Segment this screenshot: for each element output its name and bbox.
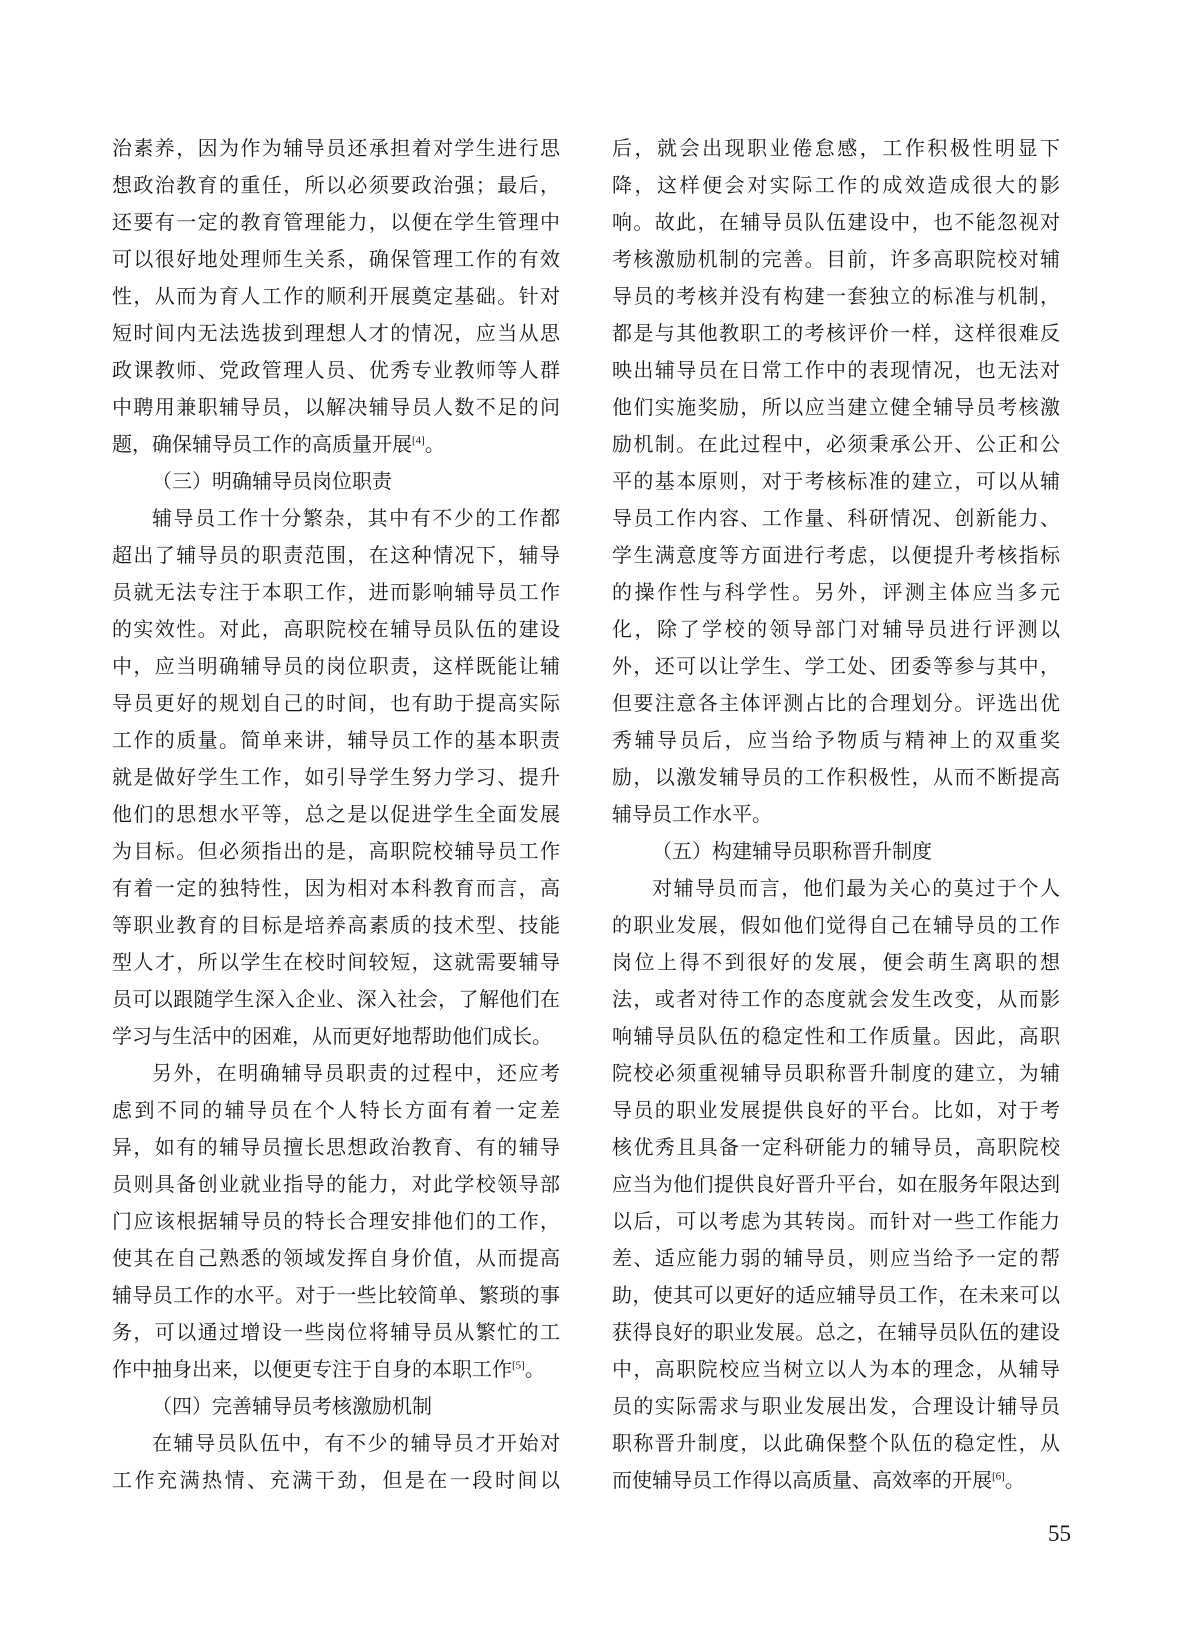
text-line-content: 超出了辅导员的职责范围，在这种情况下，辅导	[112, 545, 560, 567]
text-line: 辅导员工作水平。	[612, 797, 1060, 834]
text-line: 中，高职院校应当树立以人为本的理念，从辅导	[612, 1352, 1060, 1389]
text-line: 中，应当明确辅导员的岗位职责，这样既能让辅	[112, 649, 560, 686]
text-line-content: 对辅导员而言，他们最为关心的莫过于个人	[652, 878, 1060, 900]
text-line: 的操作性与科学性。另外，评测主体应当多元	[612, 575, 1060, 612]
text-line: 工作充满热情、充满干劲，但是在一段时间以	[112, 1463, 560, 1500]
text-line-content: 工作充满热情、充满干劲，但是在一段时间以	[112, 1470, 560, 1492]
text-line: 外，还可以让学生、学工处、团委等参与其中，	[612, 649, 1060, 686]
text-line-content: 差、适应能力弱的辅导员，则应当给予一定的帮	[612, 1248, 1060, 1270]
text-line-content: 以后，可以考虑为其转岗。而针对一些工作能力	[612, 1211, 1060, 1233]
text-line: （五）构建辅导员职称晋升制度	[612, 834, 1060, 871]
text-line: 异，如有的辅导员擅长思想政治教育、有的辅导	[112, 1130, 560, 1167]
text-line: 型人才，所以学生在校时间较短，这就需要辅导	[112, 945, 560, 982]
text-line-content: 而使辅导员工作得以高质量、高效率的开展	[612, 1470, 992, 1492]
paper-page: 治素养，因为作为辅导员还承担着对学生进行思想政治教育的重任，所以必须要政治强；最…	[0, 0, 1191, 1650]
text-line-content: 外，还可以让学生、学工处、团委等参与其中，	[612, 656, 1060, 678]
text-line: 获得良好的职业发展。总之，在辅导员队伍的建设	[612, 1315, 1060, 1352]
text-line: 以后，可以考虑为其转岗。而针对一些工作能力	[612, 1204, 1060, 1241]
text-line-content: 他们实施奖励，所以应当建立健全辅导员考核激	[612, 397, 1060, 419]
text-line: 虑到不同的辅导员在个人特长方面有着一定差	[112, 1093, 560, 1130]
text-line-content: 励机制。在此过程中，必须秉承公开、公正和公	[612, 434, 1060, 456]
text-line-tail: 。	[425, 434, 445, 456]
text-line-content: 响。故此，在辅导员队伍建设中，也不能忽视对	[612, 212, 1060, 234]
text-line: 可以很好地处理师生关系，确保管理工作的有效	[112, 242, 560, 279]
text-line-content: 他们的思想水平等，总之是以促进学生全面发展	[112, 804, 560, 826]
text-line: 务，可以通过增设一些岗位将辅导员从繁忙的工	[112, 1315, 560, 1352]
text-line-content: 都是与其他教职工的考核评价一样，这样很难反	[612, 323, 1060, 345]
text-line: 响辅导员队伍的稳定性和工作质量。因此，高职	[612, 1019, 1060, 1056]
text-line: （四）完善辅导员考核激励机制	[112, 1389, 560, 1426]
text-line-content: 院校必须重视辅导员职称晋升制度的建立，为辅	[612, 1063, 1060, 1085]
text-line-content: 治素养，因为作为辅导员还承担着对学生进行思	[112, 138, 560, 160]
text-line-content: 异，如有的辅导员擅长思想政治教育、有的辅导	[112, 1137, 560, 1159]
text-line: 差、适应能力弱的辅导员，则应当给予一定的帮	[612, 1241, 1060, 1278]
text-line-content: 等职业教育的目标是培养高素质的技术型、技能	[112, 915, 560, 937]
text-line-content: 导员的职业发展提供良好的平台。比如，对于考	[612, 1100, 1060, 1122]
text-line: 性，从而为育人工作的顺利开展奠定基础。针对	[112, 279, 560, 316]
text-line-content: 中，高职院校应当树立以人为本的理念，从辅导	[612, 1359, 1060, 1381]
text-line: 员可以跟随学生深入企业、深入社会，了解他们在	[112, 982, 560, 1019]
text-line: 考核激励机制的完善。目前，许多高职院校对辅	[612, 242, 1060, 279]
text-line-content: 导员工作内容、工作量、科研情况、创新能力、	[612, 508, 1060, 530]
text-line: 超出了辅导员的职责范围，在这种情况下，辅导	[112, 538, 560, 575]
text-line-content: 导员的考核并没有构建一套独立的标准与机制，	[612, 286, 1060, 308]
text-line-content: 但要注意各主体评测占比的合理划分。评选出优	[612, 693, 1060, 715]
text-line: 的实效性。对此，高职院校在辅导员队伍的建设	[112, 612, 560, 649]
text-line-content: 中，应当明确辅导员的岗位职责，这样既能让辅	[112, 656, 560, 678]
text-line: 后，就会出现职业倦怠感，工作积极性明显下	[612, 131, 1060, 168]
text-line-content: 还要有一定的教育管理能力，以便在学生管理中	[112, 212, 560, 234]
text-line-content: 的实效性。对此，高职院校在辅导员队伍的建设	[112, 619, 560, 641]
text-line: 辅导员工作的水平。对于一些比较简单、繁琐的事	[112, 1278, 560, 1315]
text-line: 短时间内无法选拔到理想人才的情况，应当从思	[112, 316, 560, 353]
text-line-content: 辅导员工作的水平。对于一些比较简单、繁琐的事	[112, 1285, 560, 1307]
text-line: 等职业教育的目标是培养高素质的技术型、技能	[112, 908, 560, 945]
text-line: 的职业发展，假如他们觉得自己在辅导员的工作	[612, 908, 1060, 945]
text-line: 有着一定的独特性，因为相对本科教育而言，高	[112, 871, 560, 908]
text-line: 响。故此，在辅导员队伍建设中，也不能忽视对	[612, 205, 1060, 242]
text-line-content: 获得良好的职业发展。总之，在辅导员队伍的建设	[612, 1322, 1060, 1344]
text-line-content: 员就无法专注于本职工作，进而影响辅导员工作	[112, 582, 560, 604]
text-line-content: 秀辅导员后，应当给予物质与精神上的双重奖	[612, 730, 1060, 752]
text-line: 秀辅导员后，应当给予物质与精神上的双重奖	[612, 723, 1060, 760]
text-line: 对辅导员而言，他们最为关心的莫过于个人	[612, 871, 1060, 908]
text-line: 题，确保辅导员工作的高质量开展[4]。	[112, 427, 560, 464]
text-line-content: 职称晋升制度，以此确保整个队伍的稳定性，从	[612, 1433, 1060, 1455]
text-line-content: 门应该根据辅导员的特长合理安排他们的工作，	[112, 1211, 560, 1233]
citation-marker: [6]	[992, 1470, 1005, 1482]
text-line-content: 作中抽身出来，以便更专注于自身的本职工作	[112, 1359, 512, 1381]
text-line-content: （三）明确辅导员岗位职责	[152, 471, 392, 493]
text-line-content: 为目标。但必须指出的是，高职院校辅导员工作	[112, 841, 560, 863]
citation-marker: [5]	[512, 1359, 525, 1371]
text-line: 励，以激发辅导员的工作积极性，从而不断提高	[612, 760, 1060, 797]
text-line-content: 励，以激发辅导员的工作积极性，从而不断提高	[612, 767, 1060, 789]
text-line-content: 导员更好的规划自己的时间，也有助于提高实际	[112, 693, 560, 715]
text-line: 中聘用兼职辅导员，以解决辅导员人数不足的问	[112, 390, 560, 427]
page-number: 55	[1048, 1521, 1071, 1547]
text-line-content: （五）构建辅导员职称晋升制度	[652, 841, 932, 863]
text-line: 学习与生活中的困难，从而更好地帮助他们成长。	[112, 1019, 560, 1056]
text-line-content: 平的基本原则，对于考核标准的建立，可以从辅	[612, 471, 1060, 493]
left-column: 治素养，因为作为辅导员还承担着对学生进行思想政治教育的重任，所以必须要政治强；最…	[112, 131, 560, 1500]
text-line-content: 使其在自己熟悉的领域发挥自身价值，从而提高	[112, 1248, 560, 1270]
text-line-content: 性，从而为育人工作的顺利开展奠定基础。针对	[112, 286, 560, 308]
text-line-content: 在辅导员队伍中，有不少的辅导员才开始对	[152, 1433, 560, 1455]
text-line: （三）明确辅导员岗位职责	[112, 464, 560, 501]
text-line-content: 降，这样便会对实际工作的成效造成很大的影	[612, 175, 1060, 197]
text-line: 工作的质量。简单来讲，辅导员工作的基本职责	[112, 723, 560, 760]
text-line-content: 员则具备创业就业指导的能力，对此学校领导部	[112, 1174, 560, 1196]
text-line-content: 题，确保辅导员工作的高质量开展	[112, 434, 412, 456]
text-line-tail: 。	[525, 1359, 545, 1381]
text-line: 都是与其他教职工的考核评价一样，这样很难反	[612, 316, 1060, 353]
text-line-content: 法，或者对待工作的态度就会发生改变，从而影	[612, 989, 1060, 1011]
text-line-content: 工作的质量。简单来讲，辅导员工作的基本职责	[112, 730, 560, 752]
text-line-content: 型人才，所以学生在校时间较短，这就需要辅导	[112, 952, 560, 974]
text-line-content: 响辅导员队伍的稳定性和工作质量。因此，高职	[612, 1026, 1060, 1048]
text-line-content: 的职业发展，假如他们觉得自己在辅导员的工作	[612, 915, 1060, 937]
text-line: 平的基本原则，对于考核标准的建立，可以从辅	[612, 464, 1060, 501]
text-line: 他们的思想水平等，总之是以促进学生全面发展	[112, 797, 560, 834]
text-line: 他们实施奖励，所以应当建立健全辅导员考核激	[612, 390, 1060, 427]
text-line: 职称晋升制度，以此确保整个队伍的稳定性，从	[612, 1426, 1060, 1463]
text-line: 政课教师、党政管理人员、优秀专业教师等人群	[112, 353, 560, 390]
text-line-content: 的操作性与科学性。另外，评测主体应当多元	[612, 582, 1060, 604]
text-line-content: 想政治教育的重任，所以必须要政治强；最后，	[112, 175, 560, 197]
text-line: 励机制。在此过程中，必须秉承公开、公正和公	[612, 427, 1060, 464]
text-line: 想政治教育的重任，所以必须要政治强；最后，	[112, 168, 560, 205]
text-line: 学生满意度等方面进行考虑，以便提升考核指标	[612, 538, 1060, 575]
text-line: 降，这样便会对实际工作的成效造成很大的影	[612, 168, 1060, 205]
text-line-content: 助，使其可以更好的适应辅导员工作，在未来可以	[612, 1285, 1060, 1307]
text-line-content: 短时间内无法选拔到理想人才的情况，应当从思	[112, 323, 560, 345]
text-line-content: 务，可以通过增设一些岗位将辅导员从繁忙的工	[112, 1322, 560, 1344]
text-line: 化，除了学校的领导部门对辅导员进行评测以	[612, 612, 1060, 649]
text-line-content: 政课教师、党政管理人员、优秀专业教师等人群	[112, 360, 560, 382]
text-line: 治素养，因为作为辅导员还承担着对学生进行思	[112, 131, 560, 168]
citation-marker: [4]	[412, 434, 425, 446]
text-line: 应当为他们提供良好晋升平台，如在服务年限达到	[612, 1167, 1060, 1204]
text-line: 还要有一定的教育管理能力，以便在学生管理中	[112, 205, 560, 242]
text-line-content: 映出辅导员在日常工作中的表现情况，也无法对	[612, 360, 1060, 382]
text-line: 导员的考核并没有构建一套独立的标准与机制，	[612, 279, 1060, 316]
text-line-tail: 。	[1005, 1470, 1025, 1492]
text-line: 核优秀且具备一定科研能力的辅导员，高职院校	[612, 1130, 1060, 1167]
text-line-content: 辅导员工作十分繁杂，其中有不少的工作都	[152, 508, 560, 530]
text-line: 但要注意各主体评测占比的合理划分。评选出优	[612, 686, 1060, 723]
text-line-content: 有着一定的独特性，因为相对本科教育而言，高	[112, 878, 560, 900]
text-line-content: 另外，在明确辅导员职责的过程中，还应考	[152, 1063, 560, 1085]
text-line: 助，使其可以更好的适应辅导员工作，在未来可以	[612, 1278, 1060, 1315]
text-line: 导员的职业发展提供良好的平台。比如，对于考	[612, 1093, 1060, 1130]
text-line: 法，或者对待工作的态度就会发生改变，从而影	[612, 982, 1060, 1019]
text-line-content: 学生满意度等方面进行考虑，以便提升考核指标	[612, 545, 1060, 567]
text-line-content: 核优秀且具备一定科研能力的辅导员，高职院校	[612, 1137, 1060, 1159]
text-line: 就是做好学生工作，如引导学生努力学习、提升	[112, 760, 560, 797]
text-line: 辅导员工作十分繁杂，其中有不少的工作都	[112, 501, 560, 538]
text-line-content: （四）完善辅导员考核激励机制	[152, 1396, 432, 1418]
text-line-content: 虑到不同的辅导员在个人特长方面有着一定差	[112, 1100, 560, 1122]
right-column: 后，就会出现职业倦怠感，工作积极性明显下降，这样便会对实际工作的成效造成很大的影…	[612, 131, 1060, 1500]
text-line: 为目标。但必须指出的是，高职院校辅导员工作	[112, 834, 560, 871]
text-line-content: 中聘用兼职辅导员，以解决辅导员人数不足的问	[112, 397, 560, 419]
text-line: 映出辅导员在日常工作中的表现情况，也无法对	[612, 353, 1060, 390]
text-line: 在辅导员队伍中，有不少的辅导员才开始对	[112, 1426, 560, 1463]
text-line: 门应该根据辅导员的特长合理安排他们的工作，	[112, 1204, 560, 1241]
text-line: 员就无法专注于本职工作，进而影响辅导员工作	[112, 575, 560, 612]
text-line: 导员工作内容、工作量、科研情况、创新能力、	[612, 501, 1060, 538]
text-line: 使其在自己熟悉的领域发挥自身价值，从而提高	[112, 1241, 560, 1278]
text-line-content: 员的实际需求与职业发展出发，合理设计辅导员	[612, 1396, 1060, 1418]
text-line: 导员更好的规划自己的时间，也有助于提高实际	[112, 686, 560, 723]
text-line-content: 考核激励机制的完善。目前，许多高职院校对辅	[612, 249, 1060, 271]
text-line: 院校必须重视辅导员职称晋升制度的建立，为辅	[612, 1056, 1060, 1093]
text-line: 员的实际需求与职业发展出发，合理设计辅导员	[612, 1389, 1060, 1426]
text-line-content: 可以很好地处理师生关系，确保管理工作的有效	[112, 249, 560, 271]
text-line: 另外，在明确辅导员职责的过程中，还应考	[112, 1056, 560, 1093]
text-line: 作中抽身出来，以便更专注于自身的本职工作[5]。	[112, 1352, 560, 1389]
text-line-content: 化，除了学校的领导部门对辅导员进行评测以	[612, 619, 1060, 641]
text-line-content: 应当为他们提供良好晋升平台，如在服务年限达到	[612, 1174, 1060, 1196]
text-line-content: 辅导员工作水平。	[612, 804, 772, 826]
text-line-content: 岗位上得不到很好的发展，便会萌生离职的想	[612, 952, 1060, 974]
text-line: 岗位上得不到很好的发展，便会萌生离职的想	[612, 945, 1060, 982]
text-line-content: 后，就会出现职业倦怠感，工作积极性明显下	[612, 138, 1060, 160]
text-line-content: 就是做好学生工作，如引导学生努力学习、提升	[112, 767, 560, 789]
text-line-content: 员可以跟随学生深入企业、深入社会，了解他们在	[112, 989, 560, 1011]
text-line-content: 学习与生活中的困难，从而更好地帮助他们成长。	[112, 1026, 552, 1048]
text-line: 员则具备创业就业指导的能力，对此学校领导部	[112, 1167, 560, 1204]
text-line: 而使辅导员工作得以高质量、高效率的开展[6]。	[612, 1463, 1060, 1500]
